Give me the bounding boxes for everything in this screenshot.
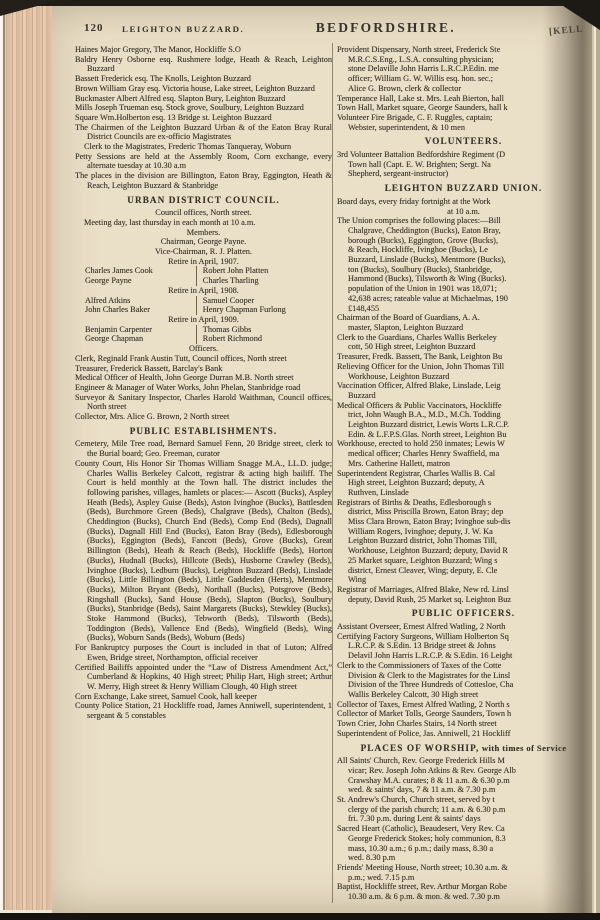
section-heading: PLACES OF WORSHIP, with times of Service (337, 744, 590, 754)
text-line: Buzzard, Linslade (Bucks), Mentmore (Buc… (337, 255, 590, 265)
text-line: vicar; Rev. Joseph John Atkins & Rev. Ge… (337, 766, 590, 776)
member-name-left: George Payne (75, 276, 196, 286)
text-line: Clerk to the Commissioners of Taxes of t… (337, 661, 590, 671)
text-line: Sacred Heart (Catholic), Beaudesert, Ver… (337, 824, 590, 834)
entry-paragraph: The Chairmen of the Leighton Buzzard Urb… (75, 123, 332, 142)
member-name-right: Charles Tharling (196, 276, 332, 286)
entry-paragraph: Clerk, Reginald Frank Austin Tutt, Counc… (75, 354, 332, 364)
text-line: Leighton Buzzard district, Lewis Worts L… (337, 420, 590, 430)
text-line: wed. & saints' days, 7 & 11 a.m. & 7.30 … (337, 785, 590, 795)
text-line: Superintendent Registrar, Charles Wallis… (337, 469, 590, 479)
centered-line: Retire in April, 1909. (75, 315, 332, 325)
text-line: Edin. & L.F.P.S.Glas. North street, Leig… (337, 430, 590, 440)
text-line: Buzzard (337, 391, 590, 401)
text-line: officer; William G. W. Willis esq. hon. … (337, 74, 590, 84)
member-pair: John Charles BakerHenry Chapman Furlong (75, 305, 332, 315)
text-line: Town Crier, John Charles Stairs, 14 Nort… (337, 719, 590, 729)
text-line: clergy of the parish church; 11 a.m. & 6… (337, 805, 590, 815)
entry-paragraph: Brown William Gray esq. Victoria house, … (75, 84, 332, 94)
entry-paragraph: Clerk to the Magistrates, Frederic Thoma… (75, 142, 332, 152)
member-name-right: Robert John Platten (196, 266, 332, 276)
entry-paragraph: Surveyor & Sanitary Inspector, Charles H… (75, 393, 332, 412)
text-line: Registrars of Births & Deaths, Edlesboro… (337, 498, 590, 508)
section-heading: PUBLIC ESTABLISHMENTS. (75, 427, 332, 437)
entry-paragraph: Bassett Frederick esq. The Knolls, Leigh… (75, 74, 332, 84)
entry-paragraph: Cemetery, Mile Tree road, Bernard Samuel… (75, 439, 332, 458)
text-line: stone Delaville John Harris L.R.C.P.Edin… (337, 64, 590, 74)
text-line: Delavil John Harris L.R.C.P. & S.Edin. 1… (337, 651, 590, 661)
member-pair: George ChapmanRobert Richmond (75, 334, 332, 344)
text-line: district, Ernest Cleaver, Wing; deputy, … (337, 566, 590, 576)
text-line: 42,638 acres; rateable value at Michaelm… (337, 294, 590, 304)
text-line: Workhouse, erected to hold 250 inmates; … (337, 439, 590, 449)
entry-paragraph: Medical Officer of Health, John George D… (75, 373, 332, 383)
entry-paragraph: Haines Major Gregory, The Manor, Hocklif… (75, 45, 332, 55)
text-line: Workhouse, Leighton Buzzard; deputy, Dav… (337, 546, 590, 556)
entry-paragraph: Collector, Mrs. Alice G. Brown, 2 North … (75, 412, 332, 422)
member-name-left: John Charles Baker (75, 305, 196, 315)
text-line: M.R.C.S.Eng., L.S.A. consulting physicia… (337, 55, 590, 65)
member-pair: Alfred AtkinsSamuel Cooper (75, 296, 332, 306)
text-line: Superintendent of Police, Jas. Anniwell,… (337, 729, 590, 739)
text-line: All Saints' Church, Rev. George Frederic… (337, 756, 590, 766)
corner-fragment: [KELL (549, 25, 584, 38)
text-line: Volunteer Fire Brigade, C. F. Ruggles, c… (337, 113, 590, 123)
text-line: Treasurer, Fredk. Bassett, The Bank, Lei… (337, 352, 590, 362)
member-name-right: Henry Chapman Furlong (196, 305, 332, 315)
text-line: Shepherd, sergeant-instructor) (337, 169, 590, 179)
text-line: population of the Union in 1901 was 18,0… (337, 284, 590, 294)
text-line: Relieving Officer for the Union, John Th… (337, 362, 590, 372)
member-name-left: Charles James Cook (75, 266, 196, 276)
entry-paragraph: Square Wm.Holberton esq. 13 Bridge st. L… (75, 113, 332, 123)
text-line: Vaccination Officer, Alfred Blake, Linsl… (337, 381, 590, 391)
member-name-right: Samuel Cooper (196, 296, 332, 306)
centered-line: Vice-Chairman, R. J. Platten. (75, 247, 332, 257)
text-line: Ruthven, Linslade (337, 488, 590, 498)
text-line: Alice G. Brown, clerk & collector (337, 84, 590, 94)
text-line: Leighton Buzzard district, John Thomas T… (337, 536, 590, 546)
page-number: 120 (84, 22, 104, 34)
centered-line: at 10 a.m. (337, 207, 590, 217)
entry-paragraph: Petty Sessions are held at the Assembly … (75, 152, 332, 171)
entry-paragraph: County Court, His Honor Sir Thomas Willi… (75, 459, 332, 643)
section-heading-suffix: with times of Service (479, 743, 566, 753)
member-name-right: Thomas Gibbs (196, 325, 332, 335)
running-title: LEIGHTON BUZZARD. (122, 24, 244, 34)
county-title: BEDFORDSHIRE. (316, 20, 456, 36)
text-line: Town hall (Capt. E. W. Brighten; Sergt. … (337, 160, 590, 170)
scan-band-top (0, 0, 600, 6)
text-line: Chairman of the Board of Guardians, A. A… (337, 313, 590, 323)
text-line: Town Hall, Market square, George Saunder… (337, 103, 590, 113)
entry-paragraph: Buckmaster Albert Alfred esq. Slapton Bu… (75, 94, 332, 104)
entry-paragraph: County Police Station, 21 Hockliffe road… (75, 701, 332, 720)
directory-page: 120 LEIGHTON BUZZARD. BEDFORDSHIRE. [KEL… (52, 5, 592, 913)
text-line: The Union comprises the following places… (337, 216, 590, 226)
entry-paragraph: Meeting day, last thursday in each month… (75, 218, 332, 228)
text-line: Provident Dispensary, North street, Fred… (337, 45, 590, 55)
text-line: Medical Officers & Public Vaccinators, H… (337, 401, 590, 411)
centered-line: Members. (75, 228, 332, 238)
text-line: Collector of Taxes, Ernest Alfred Watlin… (337, 700, 590, 710)
text-line: Clerk to the Guardians, Charles Wallis B… (337, 333, 590, 343)
section-heading: VOLUNTEERS. (337, 137, 590, 147)
text-line: Wallis Berkeley Calcott, 30 High street (337, 690, 590, 700)
member-pair: George PayneCharles Tharling (75, 276, 332, 286)
text-line: Hammond (Bucks), Tilsworth & Wing (Bucks… (337, 274, 590, 284)
member-name-left: Benjamin Carpenter (75, 325, 196, 335)
text-line: Wing (337, 575, 590, 585)
text-line: fri. 7.30 p.m. during Lent & saints' day… (337, 814, 590, 824)
member-pair: Charles James CookRobert John Platten (75, 266, 332, 276)
entry-paragraph: Corn Exchange, Lake street, Samuel Cook,… (75, 692, 332, 702)
text-line: wed. 8.30 p.m (337, 853, 590, 863)
opposite-page-edge (592, 0, 600, 920)
text-line: medical officer; Charles Henry Swaffield… (337, 449, 590, 459)
text-line: William Rogers, Ivinghoe; deputy, J. W. … (337, 527, 590, 537)
scan-band-bottom (0, 913, 600, 920)
page-header: 120 LEIGHTON BUZZARD. BEDFORDSHIRE. [KEL… (74, 20, 580, 38)
section-heading: URBAN DISTRICT COUNCIL. (75, 196, 332, 206)
text-line: Certifying Factory Surgeons, William Hol… (337, 632, 590, 642)
text-line: Division & Clerk to the Magistrates for … (337, 671, 590, 681)
member-name-left: Alfred Atkins (75, 296, 196, 306)
text-line: 25 Market square, Leighton Buzzard; Wing… (337, 556, 590, 566)
text-line: 3rd Volunteer Battalion Bedfordshire Reg… (337, 150, 590, 160)
left-column: Haines Major Gregory, The Manor, Hocklif… (75, 45, 332, 907)
centered-line: Retire in April, 1908. (75, 286, 332, 296)
text-line: Chalgrave, Cheddington (Bucks), Eaton Br… (337, 226, 590, 236)
text-line: Miss Clara Brown, Eaton Bray; Ivinghoe s… (337, 517, 590, 527)
text-line: trict, John Waugh B.A., M.D., M.Ch. Todd… (337, 410, 590, 420)
right-column: Provident Dispensary, North street, Fred… (337, 45, 590, 907)
text-line: Baptist, Hockliffe street, Rev. Arthur M… (337, 882, 590, 892)
text-line: Registrar of Marriages, Alfred Blake, Ne… (337, 585, 590, 595)
section-heading: PUBLIC OFFICERS. (337, 609, 590, 619)
member-name-right: Robert Richmond (196, 334, 332, 344)
entry-paragraph: The places in the division are Billingto… (75, 171, 332, 190)
text-line: Assistant Overseer, Ernest Alfred Watlin… (337, 622, 590, 632)
member-name-left: George Chapman (75, 334, 196, 344)
text-line: High street, Leighton Buzzard; deputy, A (337, 478, 590, 488)
section-heading: LEIGHTON BUZZARD UNION. (337, 184, 590, 194)
text-line: ton (Bucks), Soulbury (Bucks), Stanbridg… (337, 265, 590, 275)
centered-line: Retire in April, 1907. (75, 257, 332, 267)
text-line: Friends' Meeting House, North street; 10… (337, 863, 590, 873)
entry-paragraph: Treasurer, Frederick Bassett, Barclay's … (75, 364, 332, 374)
text-line: district, Miss Priscilla Brown, Eaton Br… (337, 507, 590, 517)
text-line: mass, 10.30 a.m.; 6 p.m.; daily mass, 8.… (337, 844, 590, 854)
text-line: George Frederick Stokes; holy communion,… (337, 834, 590, 844)
text-line: Collector of Market Tolls, George Saunde… (337, 709, 590, 719)
text-line: St. Andrew's Church, Church street, serv… (337, 795, 590, 805)
text-line: £148,455 (337, 304, 590, 314)
entry-paragraph: For Bankruptcy purposes the Court is inc… (75, 643, 332, 662)
text-line: Temperance Hall, Lake st. Mrs. Leah Bier… (337, 94, 590, 104)
centered-line: Officers. (75, 344, 332, 354)
entry-paragraph: Mills Joseph Trueman esq. Stock grove, S… (75, 103, 332, 113)
book-fore-edge (0, 0, 56, 920)
text-line: p.m.; wed. 7.15 p.m (337, 873, 590, 883)
text-line: Workhouse, Leighton Buzzard (337, 372, 590, 382)
text-line: & Reach, Hockliffe, Ivinghoe (Bucks), Le (337, 245, 590, 255)
entry-paragraph: Certified Bailiffs appointed under the “… (75, 663, 332, 692)
scanned-book-page: 120 LEIGHTON BUZZARD. BEDFORDSHIRE. [KEL… (0, 0, 600, 920)
member-pair: Benjamin CarpenterThomas Gibbs (75, 325, 332, 335)
column-rule (332, 43, 333, 903)
text-line: Board days, every friday fortnight at th… (337, 197, 590, 207)
text-line: cott, 50 High street, Leighton Buzzard (337, 342, 590, 352)
entry-paragraph: Baldry Henry Osborne esq. Rushmere lodge… (75, 55, 332, 74)
text-line: L.R.C.P. & S.Edin. 13 Bridge street & Jo… (337, 641, 590, 651)
text-line: master, Slapton, Leighton Buzzard (337, 323, 590, 333)
text-line: Webster, superintendent, & 10 men (337, 123, 590, 133)
entry-paragraph: Engineer & Manager of Water Works, John … (75, 383, 332, 393)
text-line: Mrs. Catherine Hallett, matron (337, 459, 590, 469)
centered-line: Chairman, George Payne. (75, 237, 332, 247)
centered-line: Council offices, North street. (75, 208, 332, 218)
text-line: 10.30 a.m. & 6 p.m. & mon. & wed. 7.30 p… (337, 892, 590, 902)
text-line: deputy, David Rush, 25 Market sq. Leight… (337, 595, 590, 605)
text-line: borough (Bucks), Eggington, Grove (Bucks… (337, 236, 590, 246)
text-line: Division of the Three Hundreds of Cottes… (337, 680, 590, 690)
text-line: Crawshay M.A. curates; 8 & 11 a.m. & 6.3… (337, 776, 590, 786)
